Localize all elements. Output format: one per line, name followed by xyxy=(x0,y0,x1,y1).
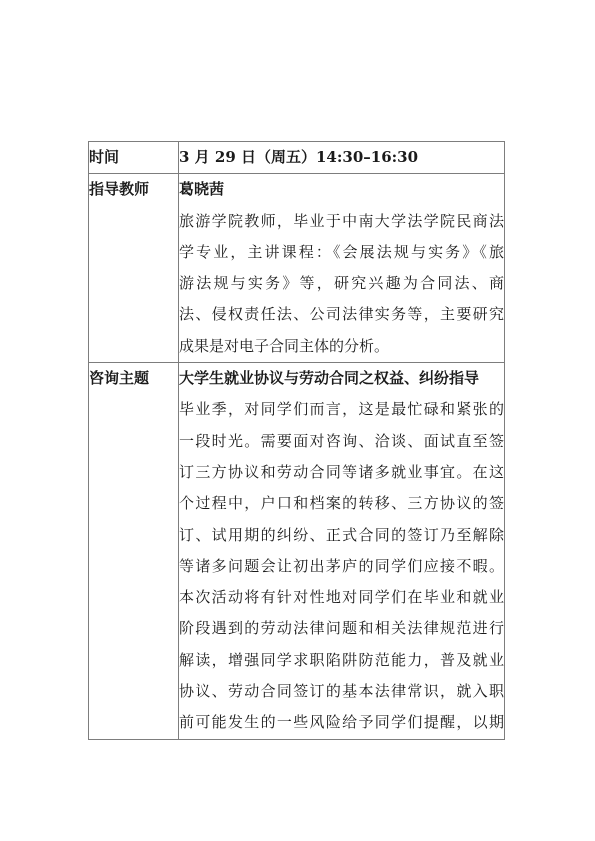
paragraph-line: 游法规与实务》等，研究兴趣为合同法、商 xyxy=(179,268,504,299)
teacher-bio-paragraph: 旅游学院教师，毕业于中南大学法学院民商法学专业，主讲课程：《会展法规与实务》《旅… xyxy=(179,206,504,362)
table-row-time: 时间 3 月 29 日（周五）14:30–16:30 xyxy=(89,142,505,174)
row-value-teacher: 葛晓茜 旅游学院教师，毕业于中南大学法学院民商法学专业，主讲课程：《会展法规与实… xyxy=(179,174,505,363)
table-row-teacher: 指导教师 葛晓茜 旅游学院教师，毕业于中南大学法学院民商法学专业，主讲课程：《会… xyxy=(89,174,505,363)
paragraph-line: 等诸多问题会让初出茅庐的同学们应接不暇。 xyxy=(179,551,504,582)
row-label-topic: 咨询主题 xyxy=(89,363,179,740)
paragraph-line: 毕业季，对同学们而言，这是最忙碌和紧张的 xyxy=(179,394,504,425)
row-label-text: 指导教师 xyxy=(89,180,149,198)
row-value-time: 3 月 29 日（周五）14:30–16:30 xyxy=(179,142,505,174)
row-label-teacher: 指导教师 xyxy=(89,174,179,363)
paragraph-line: 阶段遇到的劳动法律问题和相关法律规范进行 xyxy=(179,613,504,644)
row-label-text: 时间 xyxy=(89,148,119,166)
row-label-time: 时间 xyxy=(89,142,179,174)
paragraph-line: 订、试用期的纠纷、正式合同的签订乃至解除 xyxy=(179,520,504,551)
topic-description-paragraph: 毕业季，对同学们而言，这是最忙碌和紧张的一段时光。需要面对咨询、洽谈、面试直至签… xyxy=(179,394,504,738)
row-value-topic: 大学生就业协议与劳动合同之权益、纠纷指导 毕业季，对同学们而言，这是最忙碌和紧张… xyxy=(179,363,505,740)
paragraph-line: 一段时光。需要面对咨询、洽谈、面试直至签 xyxy=(179,426,504,457)
session-time-text: 3 月 29 日（周五）14:30–16:30 xyxy=(179,142,504,173)
topic-title-text: 大学生就业协议与劳动合同之权益、纠纷指导 xyxy=(179,363,504,394)
paragraph-line: 订三方协议和劳动合同等诸多就业事宜。在这 xyxy=(179,457,504,488)
paragraph-line: 解读，增强同学求职陷阱防范能力，普及就业 xyxy=(179,645,504,676)
paragraph-line: 学专业，主讲课程：《会展法规与实务》《旅 xyxy=(179,237,504,268)
row-label-text: 咨询主题 xyxy=(89,369,149,387)
paragraph-line: 协议、劳动合同签订的基本法律常识，就入职 xyxy=(179,676,504,707)
paragraph-line: 前可能发生的一些风险给予同学们提醒，以期 xyxy=(179,707,504,738)
teacher-name-text: 葛晓茜 xyxy=(179,174,504,205)
paragraph-line: 成果是对电子合同主体的分析。 xyxy=(179,331,504,362)
session-info-table: 时间 3 月 29 日（周五）14:30–16:30 指导教师 葛晓茜 旅游学院… xyxy=(88,141,505,740)
paragraph-line: 旅游学院教师，毕业于中南大学法学院民商法 xyxy=(179,206,504,237)
paragraph-line: 个过程中，户口和档案的转移、三方协议的签 xyxy=(179,488,504,519)
document-page: { "colors": { "border": "#7d7d7d", "text… xyxy=(0,0,595,841)
paragraph-line: 本次活动将有针对性地对同学们在毕业和就业 xyxy=(179,582,504,613)
paragraph-line: 法、侵权责任法、公司法律实务等，主要研究 xyxy=(179,299,504,330)
table-row-topic: 咨询主题 大学生就业协议与劳动合同之权益、纠纷指导 毕业季，对同学们而言，这是最… xyxy=(89,363,505,740)
